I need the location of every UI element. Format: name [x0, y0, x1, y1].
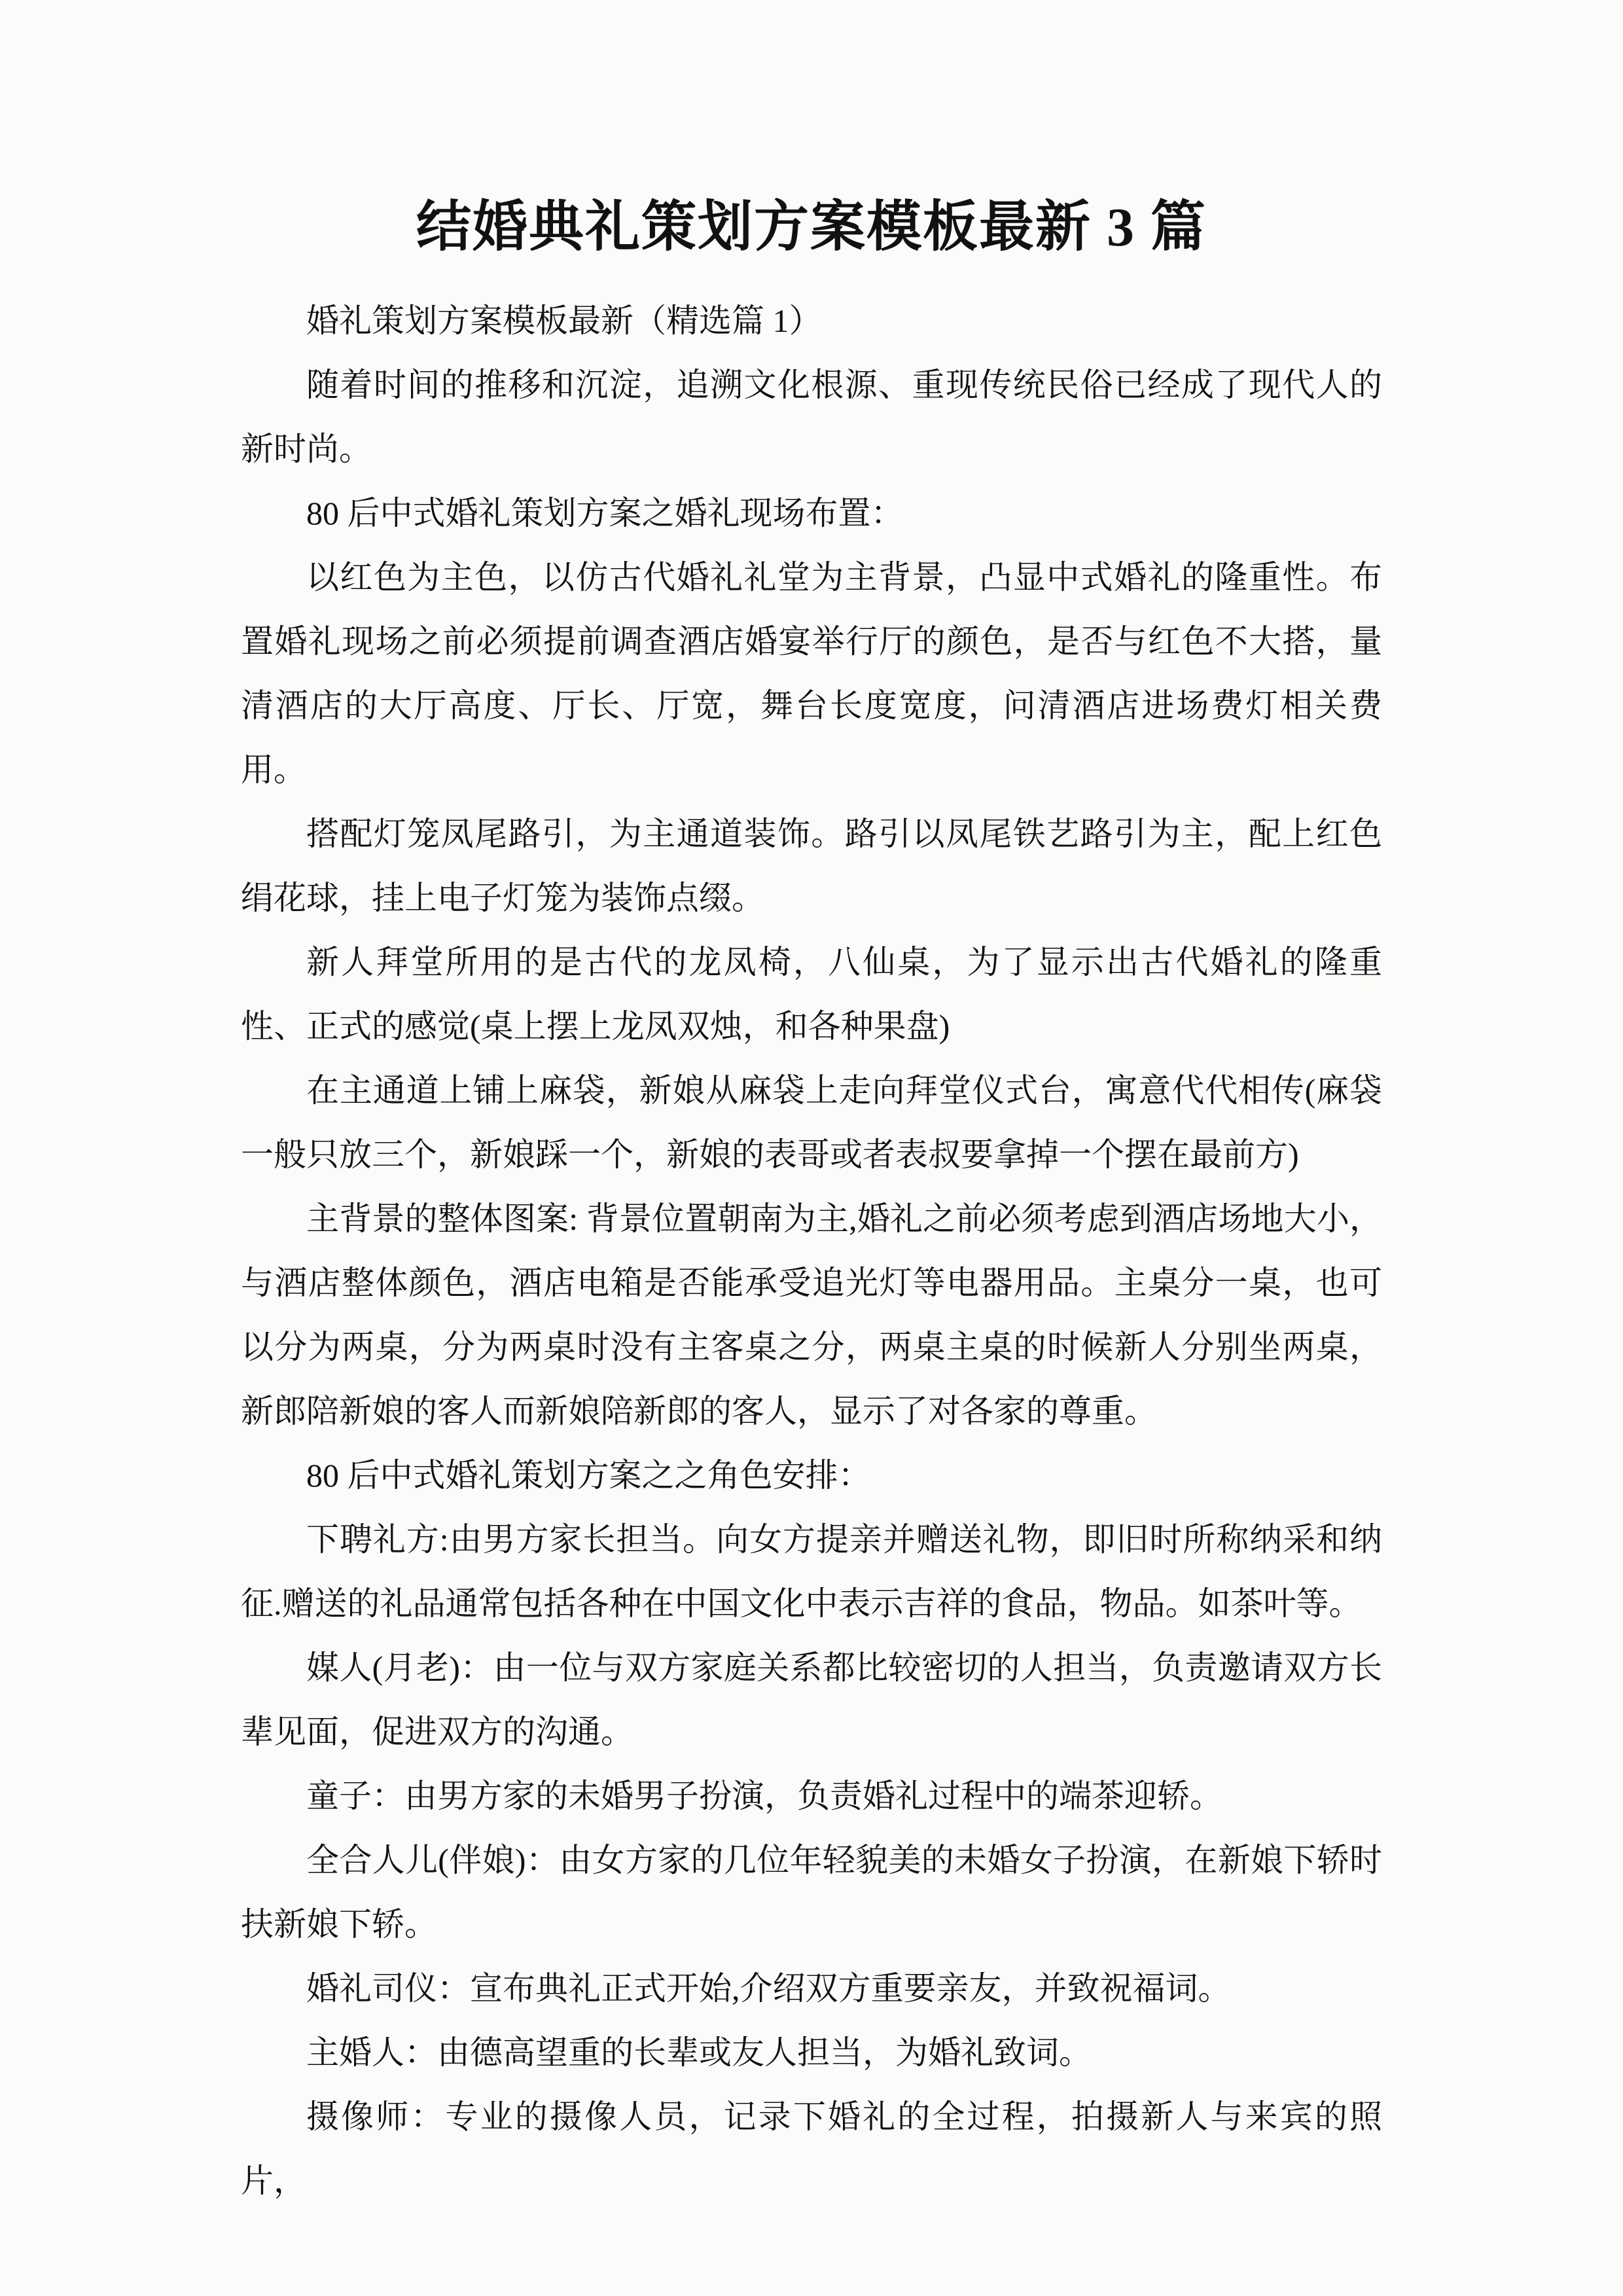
- paragraph: 以红色为主色，以仿古代婚礼礼堂为主背景，凸显中式婚礼的隆重性。布置婚礼现场之前必…: [241, 545, 1382, 802]
- paragraph: 婚礼策划方案模板最新（精选篇 1）: [241, 289, 1382, 353]
- paragraph: 童子：由男方家的未婚男子扮演，负责婚礼过程中的端茶迎轿。: [241, 1764, 1382, 1828]
- paragraph: 媒人(月老)：由一位与双方家庭关系都比较密切的人担当，负责邀请双方长辈见面，促进…: [241, 1636, 1382, 1764]
- paragraph: 主婚人：由德高望重的长辈或友人担当，为婚礼致词。: [241, 2020, 1382, 2085]
- paragraph: 80 后中式婚礼策划方案之婚礼现场布置：: [241, 481, 1382, 545]
- paragraph: 摄像师：专业的摄像人员，记录下婚礼的全过程，拍摄新人与来宾的照片，: [241, 2085, 1382, 2213]
- paragraph: 全合人儿(伴娘)：由女方家的几位年轻貌美的未婚女子扮演，在新娘下轿时扶新娘下轿。: [241, 1828, 1382, 1956]
- paragraph: 下聘礼方:由男方家长担当。向女方提亲并赠送礼物，即旧时所称纳采和纳征.赠送的礼品…: [241, 1507, 1382, 1636]
- paragraph: 在主通道上铺上麻袋，新娘从麻袋上走向拜堂仪式台，寓意代代相传(麻袋一般只放三个，…: [241, 1058, 1382, 1187]
- page-title: 结婚典礼策划方案模板最新 3 篇: [241, 191, 1382, 264]
- paragraph: 随着时间的推移和沉淀，追溯文化根源、重现传统民俗已经成了现代人的新时尚。: [241, 353, 1382, 481]
- paragraph: 80 后中式婚礼策划方案之之角色安排：: [241, 1443, 1382, 1507]
- document-body: 婚礼策划方案模板最新（精选篇 1）随着时间的推移和沉淀，追溯文化根源、重现传统民…: [241, 289, 1382, 2213]
- paragraph: 新人拜堂所用的是古代的龙凤椅，八仙桌，为了显示出古代婚礼的隆重性、正式的感觉(桌…: [241, 930, 1382, 1058]
- document-page: 结婚典礼策划方案模板最新 3 篇 婚礼策划方案模板最新（精选篇 1）随着时间的推…: [0, 0, 1623, 2296]
- paragraph: 主背景的整体图案: 背景位置朝南为主,婚礼之前必须考虑到酒店场地大小，与酒店整体…: [241, 1187, 1382, 1443]
- paragraph: 婚礼司仪：宣布典礼正式开始,介绍双方重要亲友，并致祝福词。: [241, 1956, 1382, 2020]
- paragraph: 搭配灯笼凤尾路引，为主通道装饰。路引以凤尾铁艺路引为主，配上红色绢花球，挂上电子…: [241, 802, 1382, 930]
